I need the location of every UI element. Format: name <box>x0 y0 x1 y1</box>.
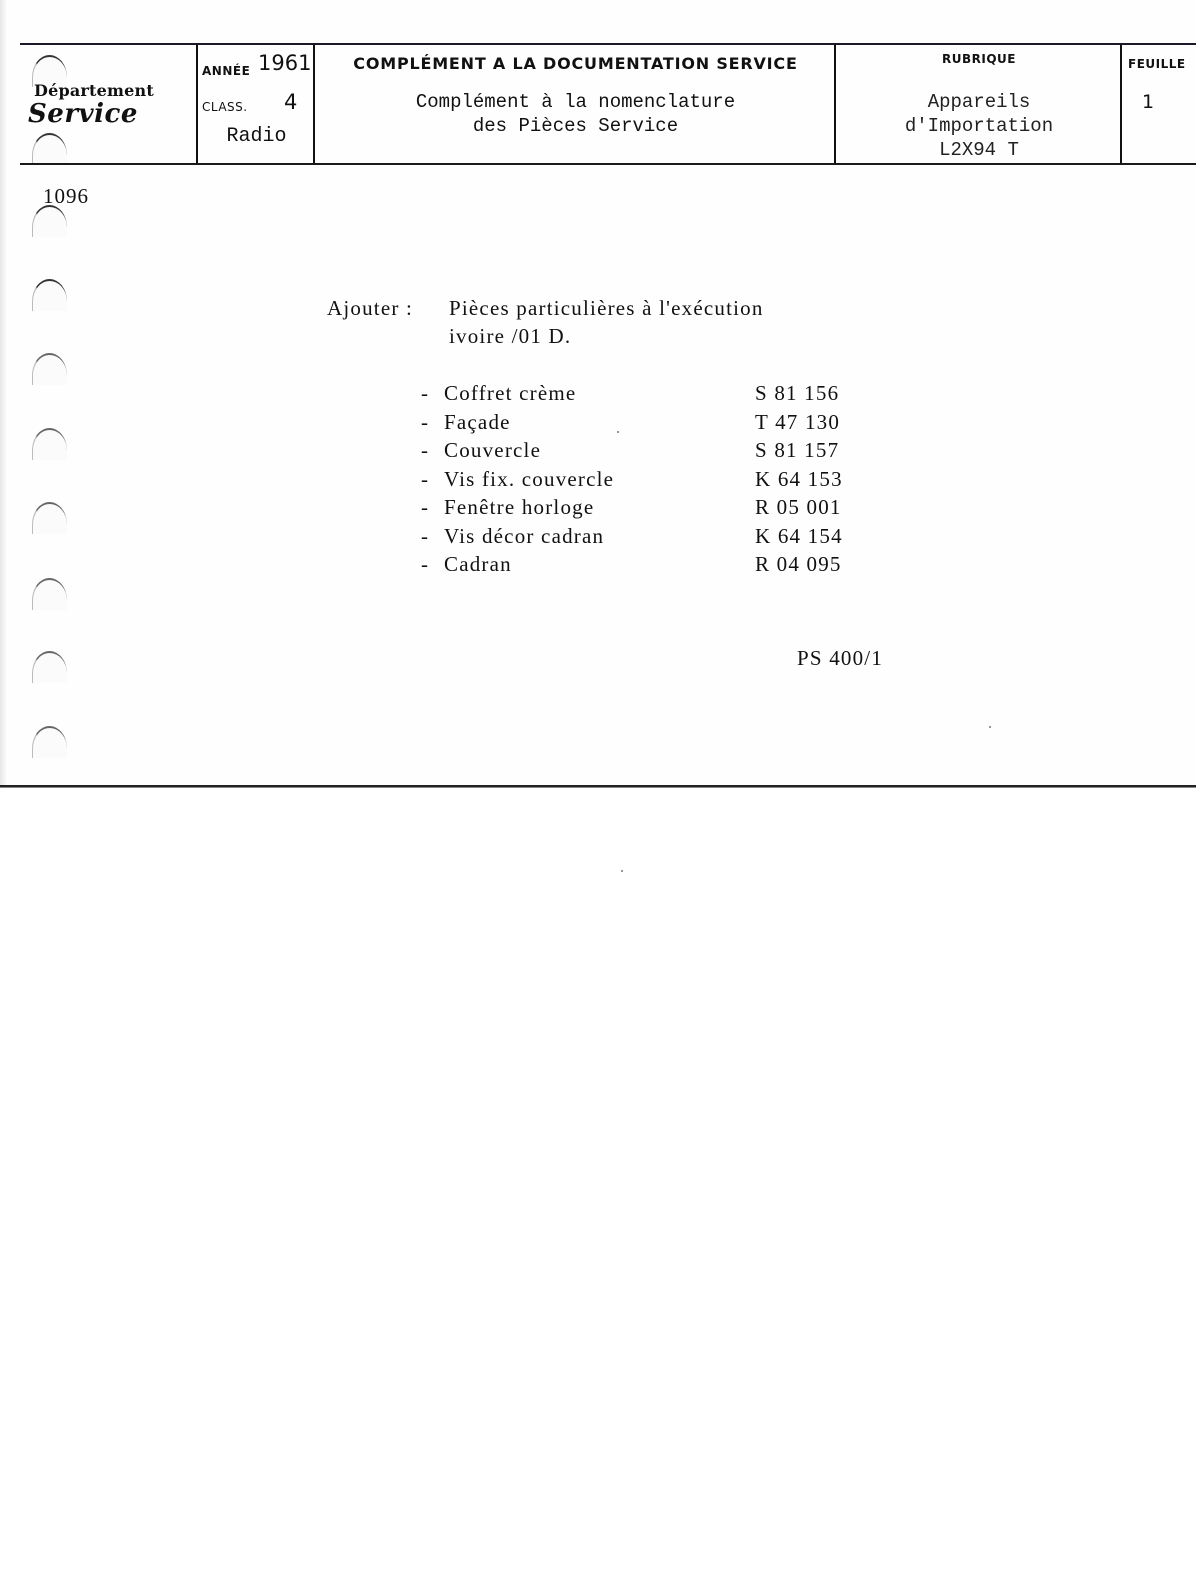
scan-speck <box>617 431 619 433</box>
binder-hole-icon <box>32 205 67 237</box>
rubrique-label: RUBRIQUE <box>836 52 1122 66</box>
subtitle-line: des Pièces Service <box>315 114 836 138</box>
title-cell: COMPLÉMENT A LA DOCUMENTATION SERVICE Co… <box>313 45 834 163</box>
list-item: - Façade T 47 130 <box>421 410 871 439</box>
instruction-label: Ajouter : <box>327 296 413 321</box>
part-name: Couvercle <box>444 438 541 463</box>
instruction-text: ivoire /01 D. <box>449 324 571 349</box>
document-sheet: Département Service ANNÉE 1961 CLASS. 4 … <box>0 0 1196 787</box>
rubrique-line: L2X94 T <box>836 138 1122 162</box>
year-class-cell: ANNÉE 1961 CLASS. 4 Radio <box>196 45 313 163</box>
list-item: - Vis fix. couvercle K 64 153 <box>421 467 871 496</box>
rubrique-value: Appareils d'Importation L2X94 T <box>836 90 1122 162</box>
document-reference: PS 400/1 <box>797 646 883 671</box>
binder-hole-icon <box>32 578 67 610</box>
scan-speck <box>989 726 991 728</box>
part-name: Façade <box>444 410 511 435</box>
class-category: Radio <box>198 125 315 148</box>
part-code: T 47 130 <box>755 410 840 435</box>
list-item: - Couvercle S 81 157 <box>421 438 871 467</box>
bullet-dash: - <box>421 438 429 463</box>
part-name: Vis décor cadran <box>444 524 604 549</box>
binder-hole-icon <box>32 353 67 385</box>
part-code: R 05 001 <box>755 495 842 520</box>
department-cell: Département Service <box>20 45 196 163</box>
bullet-dash: - <box>421 552 429 577</box>
part-code: K 64 153 <box>755 467 843 492</box>
class-value: 4 <box>284 90 297 114</box>
part-name: Fenêtre horloge <box>444 495 594 520</box>
rubrique-cell: RUBRIQUE Appareils d'Importation L2X94 T <box>834 45 1120 163</box>
document-title: COMPLÉMENT A LA DOCUMENTATION SERVICE <box>315 54 836 73</box>
list-item: - Vis décor cadran K 64 154 <box>421 524 871 553</box>
part-name: Vis fix. couvercle <box>444 467 614 492</box>
binder-hole-icon <box>32 502 67 534</box>
department-label: Département <box>34 81 154 100</box>
department-brand: Service <box>28 99 138 129</box>
bullet-dash: - <box>421 524 429 549</box>
sheet-number: 1 <box>1142 91 1162 113</box>
list-item: - Fenêtre horloge R 05 001 <box>421 495 871 524</box>
list-item: - Cadran R 04 095 <box>421 552 871 581</box>
binder-hole-icon <box>32 428 67 460</box>
year-value: 1961 <box>258 51 311 75</box>
bullet-dash: - <box>421 495 429 520</box>
binder-hole-icon <box>32 279 67 311</box>
sheet-label: FEUILLE <box>1128 57 1186 71</box>
part-code: K 64 154 <box>755 524 843 549</box>
part-code: R 04 095 <box>755 552 842 577</box>
binder-hole-icon <box>32 651 67 683</box>
year-label: ANNÉE <box>202 64 250 78</box>
parts-list: - Coffret crème S 81 156 - Façade T 47 1… <box>421 381 871 581</box>
scan-speck <box>621 870 623 872</box>
part-code: S 81 156 <box>755 381 839 406</box>
rubrique-line: Appareils <box>836 90 1122 114</box>
bullet-dash: - <box>421 381 429 406</box>
instruction-text: Pièces particulières à l'exécution <box>449 296 764 321</box>
sheet-edge <box>0 0 6 785</box>
document-header: Département Service ANNÉE 1961 CLASS. 4 … <box>20 43 1196 165</box>
sheet-number-cell: FEUILLE 1 <box>1120 45 1196 163</box>
part-name: Cadran <box>444 552 512 577</box>
list-item: - Coffret crème S 81 156 <box>421 381 871 410</box>
bullet-dash: - <box>421 467 429 492</box>
document-subtitle: Complément à la nomenclature des Pièces … <box>315 90 836 138</box>
part-code: S 81 157 <box>755 438 839 463</box>
rubrique-line: d'Importation <box>836 114 1122 138</box>
bullet-dash: - <box>421 410 429 435</box>
subtitle-line: Complément à la nomenclature <box>315 90 836 114</box>
class-label: CLASS. <box>202 100 248 114</box>
binder-hole-icon <box>32 726 67 758</box>
part-name: Coffret crème <box>444 381 576 406</box>
document-number: 1096 <box>43 184 89 209</box>
